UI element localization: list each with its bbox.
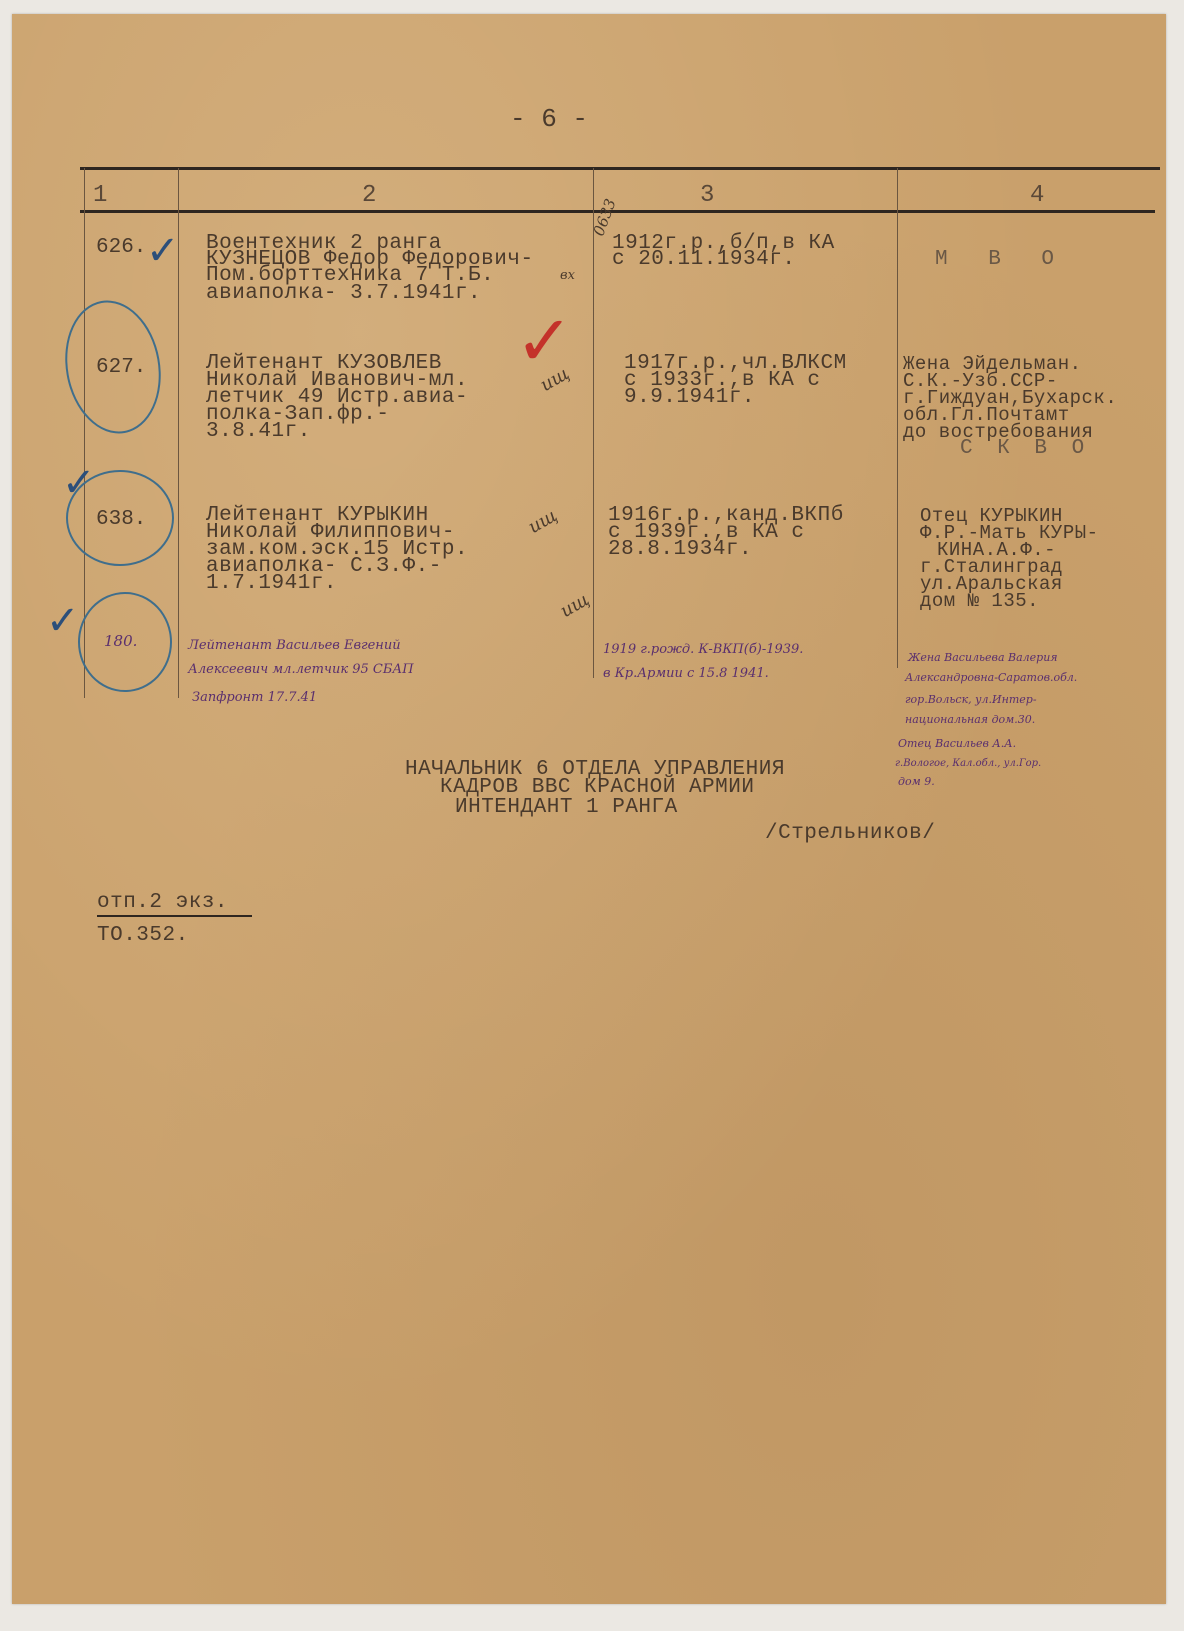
- check-mark-icon: ✓: [62, 460, 96, 506]
- row-number: 180.: [104, 632, 137, 651]
- row-number: 638.: [96, 508, 146, 531]
- row-birth-service: 1919 г.рожд. К-ВКП(б)-1939.: [603, 640, 803, 659]
- table-top-rule: [80, 167, 1160, 170]
- copies-underline: [97, 915, 252, 917]
- column-header-1: 1: [93, 182, 107, 209]
- copies-note: отп.2 экз.: [97, 895, 228, 911]
- column-header-4: 4: [1030, 182, 1044, 209]
- column-divider-4: [897, 168, 898, 668]
- row-birth-service: 9.9.1941г.: [624, 390, 755, 406]
- signatory-name: /Стрельников/: [765, 826, 935, 842]
- check-mark-icon: ✓: [146, 228, 180, 274]
- signature-title-line: ИНТЕНДАНТ 1 РАНГА: [455, 800, 678, 816]
- column-header-3: 3: [700, 182, 714, 209]
- row-number: 627.: [96, 356, 146, 379]
- row-birth-service: с 20.11.1934г.: [612, 252, 795, 268]
- row-birth-service: 28.8.1934г.: [608, 542, 752, 558]
- signature-title-line: КАДРОВ ВВС КРАСНОЙ АРМИИ: [440, 780, 754, 796]
- check-mark-icon: ✓: [46, 598, 80, 644]
- page-number: - 6 -: [510, 104, 588, 134]
- row-number: 626.: [96, 236, 146, 259]
- column-divider-3: [593, 168, 594, 678]
- column-header-2: 2: [362, 182, 376, 209]
- reference-number: ТО.352.: [97, 928, 189, 944]
- handwritten-note: вх: [560, 266, 575, 285]
- row-notify-address: М В О: [935, 252, 1068, 268]
- row-birth-service: в Кр.Армии с 15.8 1941.: [603, 664, 769, 683]
